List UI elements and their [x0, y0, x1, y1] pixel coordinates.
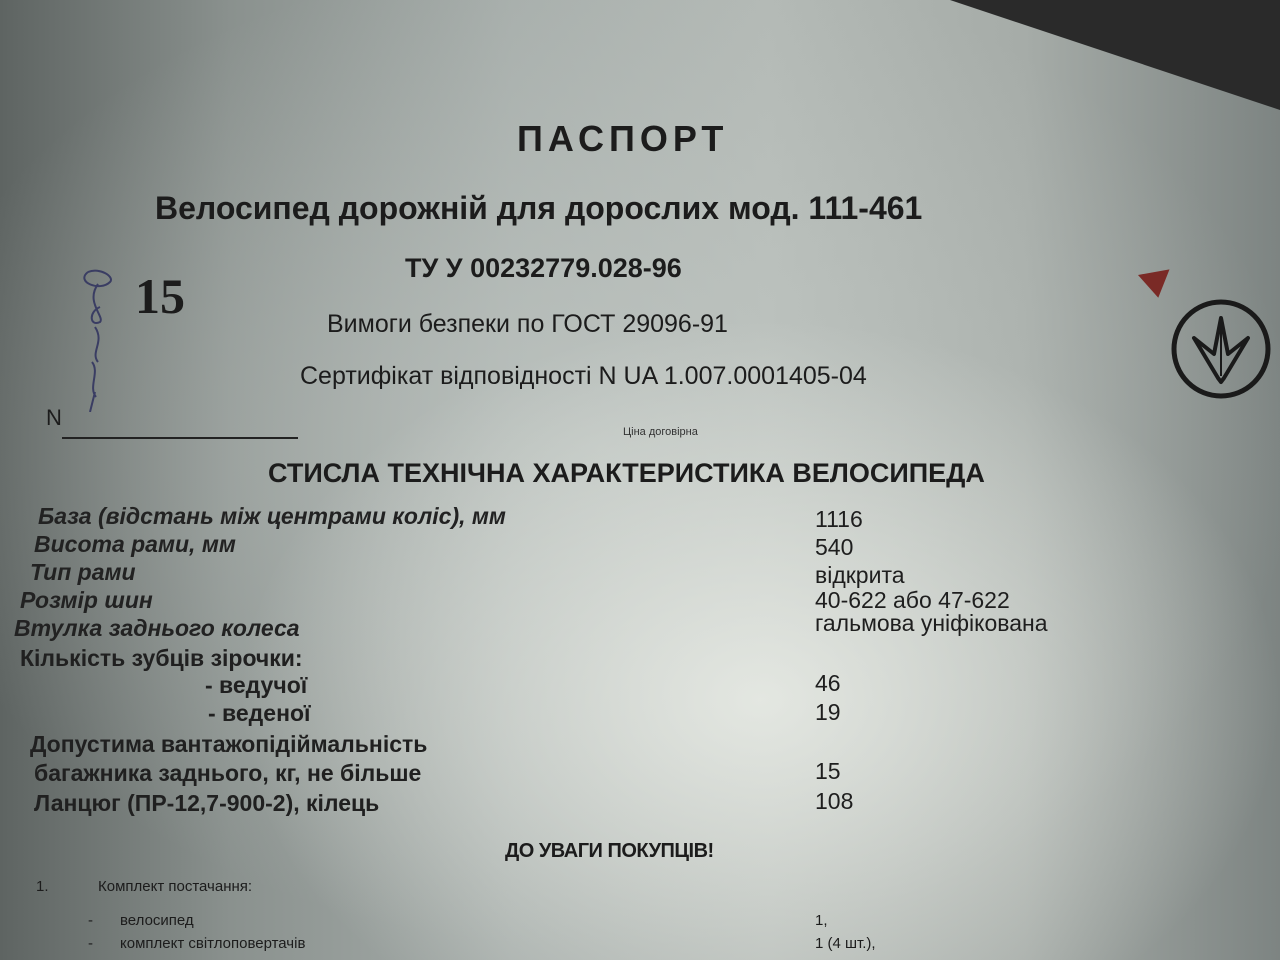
certificate-number: Сертифікат відповідності N UA 1.007.0001…	[300, 362, 867, 391]
serial-number-field	[62, 437, 298, 439]
stamp-number: 15	[135, 267, 185, 325]
spec-value: 15	[815, 758, 841, 785]
spec-value: 19	[815, 699, 841, 726]
ukrainian-conformity-mark-icon	[1168, 296, 1274, 402]
spec-label: Розмір шин	[20, 587, 153, 614]
kit-item-quantity: 1,	[815, 912, 828, 929]
spec-value: гальмова уніфікована	[815, 610, 1048, 637]
kit-item-label: велосипед	[120, 912, 194, 929]
serial-number-label: N	[46, 405, 62, 431]
spec-label: Тип рами	[30, 559, 136, 586]
document-subtitle: Велосипед дорожній для дорослих мод. 111…	[155, 190, 922, 227]
spec-label: - ведучої	[205, 672, 307, 699]
spec-value: відкрита	[815, 562, 905, 589]
kit-item-label: комплект світлоповертачів	[120, 935, 305, 952]
list-bullet: -	[88, 935, 93, 952]
spec-label: База (відстань між центрами коліс), мм	[38, 503, 506, 530]
safety-standard: Вимоги безпеки по ГОСТ 29096-91	[327, 310, 728, 339]
spec-value: 108	[815, 788, 853, 815]
document-title: ПАСПОРТ	[517, 118, 728, 160]
price-note: Ціна договірна	[623, 426, 698, 438]
technical-spec-code: ТУ У 00232779.028-96	[405, 253, 682, 284]
spec-label: Ланцюг (ПР-12,7-900-2), кілець	[34, 790, 379, 817]
kit-item-quantity: 1 (4 шт.),	[815, 935, 876, 952]
spec-label: Допустима вантажопідіймальність	[30, 731, 427, 758]
notice-heading: ДО УВАГИ ПОКУПЦІВ!	[505, 840, 714, 863]
list-bullet: -	[88, 912, 93, 929]
spec-label: багажника заднього, кг, не більше	[34, 760, 421, 787]
page-corner-shadow	[950, 0, 1280, 110]
handwritten-note	[70, 262, 130, 412]
spec-label: Висота рами, мм	[34, 531, 236, 558]
spec-value: 540	[815, 534, 853, 561]
specs-heading: СТИСЛА ТЕХНІЧНА ХАРАКТЕРИСТИКА ВЕЛОСИПЕД…	[268, 458, 985, 489]
spec-value: 1116	[815, 506, 863, 533]
section-title: Комплект постачання:	[98, 878, 252, 895]
section-number: 1.	[36, 878, 49, 895]
spec-label: Втулка заднього колеса	[14, 615, 300, 642]
spec-value: 46	[815, 670, 841, 697]
spec-label: - веденої	[208, 700, 310, 727]
spec-label: Кількість зубців зірочки:	[20, 645, 303, 672]
